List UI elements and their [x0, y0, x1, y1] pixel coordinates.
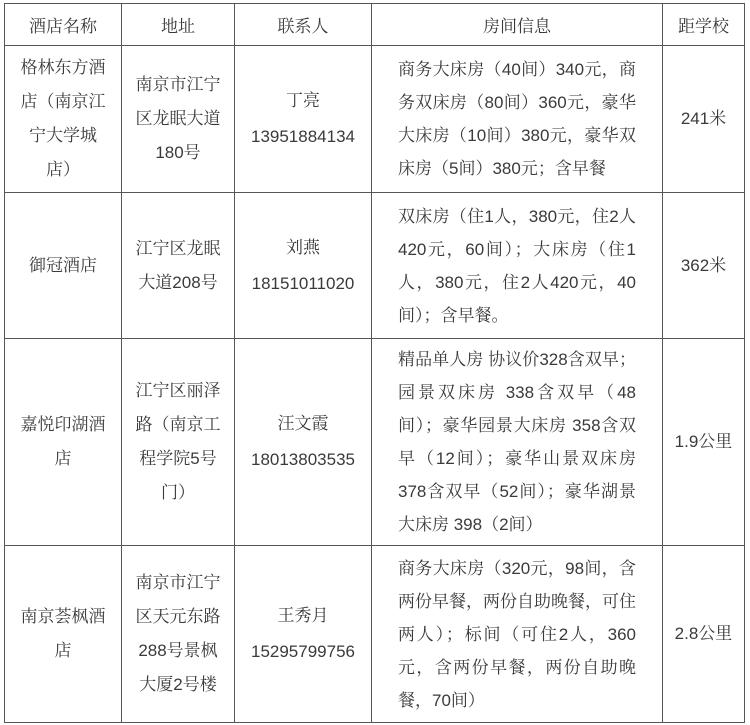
hotel-address: 南京市江宁区天元东路288号景枫大厦2号楼	[133, 566, 223, 702]
contact-phone: 13951884134	[241, 125, 365, 149]
hotel-name: 南京荟枫酒店	[19, 600, 107, 668]
hotel-address: 南京市江宁区龙眠大道180号	[133, 68, 223, 170]
hotel-address: 江宁区龙眠大道208号	[133, 232, 223, 300]
table-row: 南京荟枫酒店 南京市江宁区天元东路288号景枫大厦2号楼 王秀月 1529579…	[5, 546, 745, 723]
rooms-info: 商务大床房（40间）340元，商务双床房（80间）360元，豪华大床房（10间）…	[398, 53, 636, 185]
rooms-info-cell: 商务大床房（320元，98间，含两份早餐，两份自助晚餐，可住两人）；标间（可住2…	[372, 546, 663, 723]
address-cell: 江宁区龙眠大道208号	[122, 193, 235, 339]
contact-phone: 18013803535	[241, 448, 365, 472]
contact-cell: 丁亮 13951884134	[235, 46, 372, 193]
rooms-info-cell: 精品单人房 协议价328含双早；园景双床房 338含双早（48间）；豪华园景大床…	[372, 339, 663, 546]
column-header-rooms: 房间信息	[372, 4, 663, 46]
page: 酒店名称 地址 联系人 房间信息 距学校 格林东方酒店（南京江宁大学城店） 南京…	[0, 0, 750, 725]
contact-name: 丁亮	[241, 89, 365, 113]
hotel-name: 御冠酒店	[19, 249, 107, 283]
distance-value: 1.9公里	[667, 430, 740, 454]
column-header-distance: 距学校	[663, 4, 745, 46]
table-header: 酒店名称 地址 联系人 房间信息 距学校	[5, 4, 745, 46]
table-row: 嘉悦印湖酒店 江宁区丽泽路（南京工程学院5号门） 汪文霞 18013803535…	[5, 339, 745, 546]
distance-value: 241米	[667, 107, 740, 131]
table-row: 御冠酒店 江宁区龙眠大道208号 刘燕 18151011020 双床房（住1人，…	[5, 193, 745, 339]
distance-cell: 2.8公里	[663, 546, 745, 723]
hotel-name-cell: 御冠酒店	[5, 193, 122, 339]
rooms-info: 商务大床房（320元，98间，含两份早餐，两份自助晚餐，可住两人）；标间（可住2…	[398, 552, 636, 717]
hotel-name: 格林东方酒店（南京江宁大学城店）	[19, 51, 107, 187]
contact-cell: 王秀月 15295799756	[235, 546, 372, 723]
hotel-name: 嘉悦印湖酒店	[19, 408, 107, 476]
distance-cell: 241米	[663, 46, 745, 193]
rooms-info-cell: 双床房（住1人，380元，住2人420元，60间）；大床房（住1人，380元，住…	[372, 193, 663, 339]
rooms-info: 双床房（住1人，380元，住2人420元，60间）；大床房（住1人，380元，住…	[398, 200, 636, 332]
contact-cell: 刘燕 18151011020	[235, 193, 372, 339]
contact-phone: 18151011020	[241, 272, 365, 296]
address-cell: 南京市江宁区天元东路288号景枫大厦2号楼	[122, 546, 235, 723]
rooms-info: 精品单人房 协议价328含双早；园景双床房 338含双早（48间）；豪华园景大床…	[398, 343, 636, 541]
address-cell: 江宁区丽泽路（南京工程学院5号门）	[122, 339, 235, 546]
contact-name: 刘燕	[241, 236, 365, 260]
header-row: 酒店名称 地址 联系人 房间信息 距学校	[5, 4, 745, 46]
contact-cell: 汪文霞 18013803535	[235, 339, 372, 546]
hotel-name-cell: 嘉悦印湖酒店	[5, 339, 122, 546]
distance-value: 2.8公里	[667, 622, 740, 646]
contact-name: 王秀月	[241, 604, 365, 628]
address-cell: 南京市江宁区龙眠大道180号	[122, 46, 235, 193]
contact-name: 汪文霞	[241, 412, 365, 436]
hotel-name-cell: 南京荟枫酒店	[5, 546, 122, 723]
distance-cell: 1.9公里	[663, 339, 745, 546]
hotel-name-cell: 格林东方酒店（南京江宁大学城店）	[5, 46, 122, 193]
table-row: 格林东方酒店（南京江宁大学城店） 南京市江宁区龙眠大道180号 丁亮 13951…	[5, 46, 745, 193]
distance-value: 362米	[667, 254, 740, 278]
column-header-address: 地址	[122, 4, 235, 46]
hotels-table: 酒店名称 地址 联系人 房间信息 距学校 格林东方酒店（南京江宁大学城店） 南京…	[4, 3, 745, 723]
column-header-contact: 联系人	[235, 4, 372, 46]
contact-phone: 15295799756	[241, 640, 365, 664]
table-body: 格林东方酒店（南京江宁大学城店） 南京市江宁区龙眠大道180号 丁亮 13951…	[5, 46, 745, 723]
rooms-info-cell: 商务大床房（40间）340元，商务双床房（80间）360元，豪华大床房（10间）…	[372, 46, 663, 193]
hotel-address: 江宁区丽泽路（南京工程学院5号门）	[133, 374, 223, 510]
distance-cell: 362米	[663, 193, 745, 339]
column-header-hotel-name: 酒店名称	[5, 4, 122, 46]
